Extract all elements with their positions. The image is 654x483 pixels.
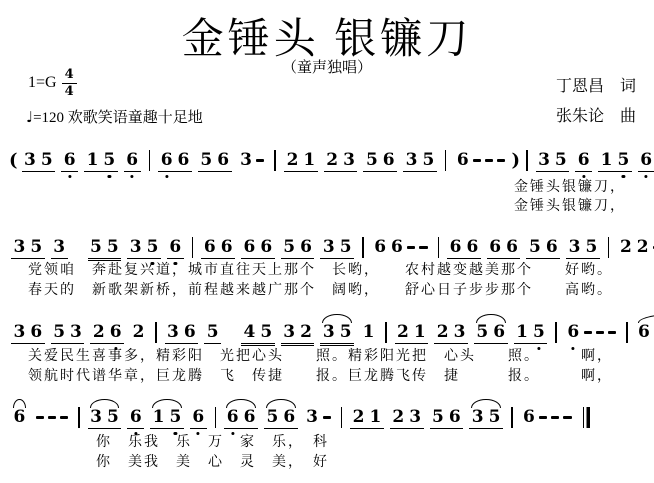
notation-system-1: (35615666563-212356356---)356156 (8, 150, 654, 172)
note-group: 66 (201, 237, 235, 259)
barline (385, 322, 387, 343)
note: 6 (124, 150, 141, 172)
note-group: 6 (61, 150, 78, 172)
note-group-slurred: 35 (88, 407, 122, 429)
phrase-parenthesis: ) (511, 150, 520, 171)
note-group: 56 (281, 237, 315, 259)
note-group: 35 (22, 150, 56, 172)
notation-system-3: 36532623654532351212356156---6--35 (8, 322, 654, 344)
note: 2 (395, 322, 412, 344)
note: 2 (130, 322, 147, 343)
note: 6 (11, 407, 28, 428)
barline (445, 150, 447, 171)
note: 3 (320, 322, 337, 344)
duration-dash: - (537, 407, 549, 428)
note: 5 (530, 322, 547, 344)
note: 1 (514, 322, 531, 344)
duration-dash: - (34, 407, 46, 428)
note: 6 (167, 237, 184, 259)
note: 5 (264, 407, 281, 429)
note: 6 (181, 322, 198, 344)
note: 6 (389, 237, 406, 258)
note-group: 56 (526, 237, 560, 259)
note: 5 (615, 150, 632, 172)
note-group: 22-- (617, 237, 654, 258)
credits: 丁恩昌 词 张朱论 曲 (556, 72, 636, 131)
note-group-slurred: 6 (11, 407, 28, 428)
note-group: 66 (158, 150, 192, 172)
note: 6 (487, 237, 504, 259)
barline (78, 407, 80, 428)
note-group: 21 (395, 322, 429, 344)
note: 6 (491, 322, 508, 344)
note: 4 (241, 322, 258, 344)
note: 6 (638, 150, 654, 172)
note-group-slurred: 35 (469, 407, 503, 429)
note: 6 (158, 150, 175, 172)
note-group: 3- (304, 407, 333, 428)
duration-dash: - (46, 407, 58, 428)
note-group: 3- (238, 150, 267, 171)
barline (526, 150, 528, 171)
barline (192, 237, 194, 258)
note: 5 (420, 150, 437, 172)
lyrics-line: 金锤头银镰刀， (514, 176, 626, 196)
duration-dash: - (561, 407, 573, 428)
note-group: 6 (124, 150, 141, 172)
duration-dash: - (58, 407, 70, 428)
note: 6 (298, 237, 315, 259)
note: 5 (144, 237, 161, 259)
note: 6 (447, 237, 464, 259)
note-group-slurred: 35 (320, 322, 354, 344)
note-group: 21 (350, 407, 384, 429)
note-group: 35 (127, 237, 161, 259)
note: 5 (526, 237, 543, 259)
phrase-parenthesis: ( (9, 150, 18, 171)
note-group: 5 (204, 322, 221, 344)
note-group: 35 (566, 237, 600, 259)
note: 5 (258, 322, 275, 344)
duration-dash: - (471, 150, 483, 171)
key-time-signature: 1=G 4 4 (28, 68, 77, 98)
note: 6 (28, 322, 45, 344)
note: 6 (61, 150, 78, 172)
time-numerator: 4 (62, 68, 77, 84)
note: 6 (565, 322, 582, 343)
note: 3 (469, 407, 486, 429)
lyricist-credit: 丁恩昌 词 (556, 72, 636, 102)
note-group: 45 (241, 322, 275, 344)
barline (555, 322, 557, 343)
note: 6 (543, 237, 560, 259)
note: 3 (127, 237, 144, 259)
tempo-value: =120 (33, 110, 64, 126)
note: 1 (411, 322, 428, 344)
note-group: 66 (241, 237, 275, 259)
note: 3 (51, 237, 68, 259)
duration-dash: - (549, 407, 561, 428)
note-group: --- (34, 407, 70, 428)
lyrics-line: 关爱民生喜事多，精彩阳 光把心头 照。精彩阳光把 心头 照。 啊， (28, 345, 613, 365)
note-group: 66 (487, 237, 521, 259)
note: 5 (486, 407, 503, 429)
note-group: 56 (363, 150, 397, 172)
tempo-line: ♩=120 欢歌笑语童趣十足地 (26, 106, 203, 127)
lyrics-line: 春天的 新歌架新桥，前程越来越广那个 阔哟， 舒心日子步步那个 高哟。 (28, 279, 613, 299)
note-group: 56 (430, 407, 464, 429)
note: 6 (215, 150, 232, 172)
note: 3 (407, 407, 424, 429)
note: 5 (28, 237, 45, 259)
note-group: 6 (638, 150, 654, 172)
note-group: 6--- (565, 322, 618, 343)
note-group: 35 (11, 237, 45, 259)
lyrics-line: 金锤头银镰刀， (514, 195, 626, 215)
barline (149, 150, 151, 171)
note: 5 (430, 407, 447, 429)
note: 3 (88, 407, 105, 429)
composer-credit: 张朱论 曲 (556, 102, 636, 132)
notation-system-2: 353553566666563566--6666563522-- (8, 237, 654, 259)
note-group: 6--- (521, 407, 574, 428)
note-group: 53 (51, 322, 85, 344)
note: 2 (284, 150, 301, 172)
key-label: 1=G (28, 74, 57, 92)
notation-system-4: 6---35615666563-212356356--- (8, 407, 594, 429)
note-group: 15 (598, 150, 632, 172)
note: 5 (552, 150, 569, 172)
note-group: 26 (90, 322, 124, 344)
note-group: 6--- (454, 150, 507, 171)
note: 5 (38, 150, 55, 172)
note: 5 (337, 237, 354, 259)
note: 6 (127, 407, 144, 429)
note-group: 23 (434, 322, 468, 344)
note-group: 6 (167, 237, 184, 259)
note: 6 (281, 407, 298, 429)
barline (511, 407, 513, 428)
duration-dash: - (582, 322, 594, 343)
note: 6 (454, 150, 471, 171)
note: 6 (372, 237, 389, 258)
note: 6 (504, 237, 521, 259)
note: 6 (241, 237, 258, 259)
barline (274, 150, 276, 171)
note-group: 6 (190, 407, 207, 429)
note-group: 23 (390, 407, 424, 429)
note: 6 (521, 407, 538, 428)
note: 1 (301, 150, 318, 172)
final-barline (583, 407, 590, 428)
note-group-slurred: 56 (474, 322, 508, 344)
note-group: 35 (403, 150, 437, 172)
note: 6 (241, 407, 258, 429)
note: 6 (446, 407, 463, 429)
barline (438, 237, 440, 258)
barline (626, 322, 628, 343)
note: 3 (536, 150, 553, 172)
note-group: 23 (324, 150, 358, 172)
note: 5 (104, 407, 121, 429)
note-group: 2 (130, 322, 147, 343)
barline (215, 407, 217, 428)
note-group: 21 (284, 150, 318, 172)
note: 5 (337, 322, 354, 344)
note: 6 (636, 322, 653, 344)
note: 5 (101, 150, 118, 172)
note-group-slurred: 15 (150, 407, 184, 429)
lyrics-line: 你 美我 美 心 灵 美， 好 (96, 451, 329, 471)
lyrics-line: 你 乐我 乐 万 家 乐， 科 (96, 431, 329, 451)
note-group: 1 (360, 322, 377, 343)
note: 6 (380, 150, 397, 172)
lyrics-line: 领航时代谱华章，巨龙腾 飞 传捷 报。巨龙腾飞传 捷 报。 啊， (28, 365, 613, 385)
note-group: 15 (84, 150, 118, 172)
note: 1 (150, 407, 167, 429)
note: 5 (281, 237, 298, 259)
note: 2 (634, 237, 651, 258)
barline (155, 322, 157, 343)
note: 2 (390, 407, 407, 429)
note-group: 36 (165, 322, 199, 344)
duration-dash: - (594, 322, 606, 343)
note-group: 56 (198, 150, 232, 172)
note: 2 (298, 322, 315, 344)
note: 5 (474, 322, 491, 344)
note: 3 (22, 150, 39, 172)
duration-dash: - (254, 150, 266, 171)
note: 3 (566, 237, 583, 259)
duration-dash: - (606, 322, 618, 343)
duration-dash: - (321, 407, 333, 428)
note: 2 (434, 322, 451, 344)
note: 3 (403, 150, 420, 172)
note: 6 (575, 150, 592, 172)
note-group-slurred: 6--35 (636, 322, 654, 344)
note: 3 (281, 322, 298, 344)
note: 6 (258, 237, 275, 259)
note-group: 35 (320, 237, 354, 259)
note: 6 (107, 322, 124, 344)
note: 3 (238, 150, 255, 171)
note: 5 (104, 237, 121, 259)
note: 3 (11, 322, 28, 344)
note: 6 (224, 407, 241, 429)
note: 3 (304, 407, 321, 428)
barline (341, 407, 343, 428)
note: 6 (175, 150, 192, 172)
note-group: 6 (127, 407, 144, 429)
note-group-slurred: 56 (264, 407, 298, 429)
note-group: 55 (88, 237, 122, 259)
barline (608, 237, 610, 258)
note-group: 36 (11, 322, 45, 344)
note: 3 (68, 322, 85, 344)
note: 5 (583, 237, 600, 259)
note: 1 (598, 150, 615, 172)
duration-dash: - (495, 150, 507, 171)
note: 6 (218, 237, 235, 259)
note: 3 (165, 322, 182, 344)
note: 5 (363, 150, 380, 172)
note: 3 (11, 237, 28, 259)
barline (362, 237, 364, 258)
note: 5 (204, 322, 221, 344)
sheet-music-page: 金锤头 银镰刀 （童声独唱） 1=G 4 4 ♩=120 欢歌笑语童趣十足地 丁… (0, 0, 654, 483)
note: 6 (464, 237, 481, 259)
duration-dash: - (483, 150, 495, 171)
lyrics-line: 党领咱 奔赴复兴道，城市直往天上那个 长哟， 农村越变越美那个 好哟。 (28, 259, 613, 279)
note: 5 (198, 150, 215, 172)
note-group: 66-- (372, 237, 430, 258)
note: 3 (320, 237, 337, 259)
note-group: 35 (536, 150, 570, 172)
note-group: 3 (51, 237, 68, 259)
note-group: 32 (281, 322, 315, 344)
note: 6 (190, 407, 207, 429)
time-denominator: 4 (65, 84, 74, 99)
note: 2 (90, 322, 107, 344)
note: 5 (51, 322, 68, 344)
duration-dash: - (417, 237, 429, 258)
note: 2 (350, 407, 367, 429)
duration-dash: - (405, 237, 417, 258)
note: 3 (451, 322, 468, 344)
expression-text: 欢歌笑语童趣十足地 (68, 110, 203, 126)
note: 2 (617, 237, 634, 258)
note: 5 (167, 407, 184, 429)
time-signature: 4 4 (62, 68, 77, 98)
note-group: 66 (447, 237, 481, 259)
note-group-slurred: 66 (224, 407, 258, 429)
note: 5 (88, 237, 105, 259)
note-group: 15 (514, 322, 548, 344)
note: 3 (341, 150, 358, 172)
note: 2 (324, 150, 341, 172)
note: 1 (360, 322, 377, 343)
note-group: 6 (575, 150, 592, 172)
note: 6 (201, 237, 218, 259)
note: 1 (367, 407, 384, 429)
note: 1 (84, 150, 101, 172)
